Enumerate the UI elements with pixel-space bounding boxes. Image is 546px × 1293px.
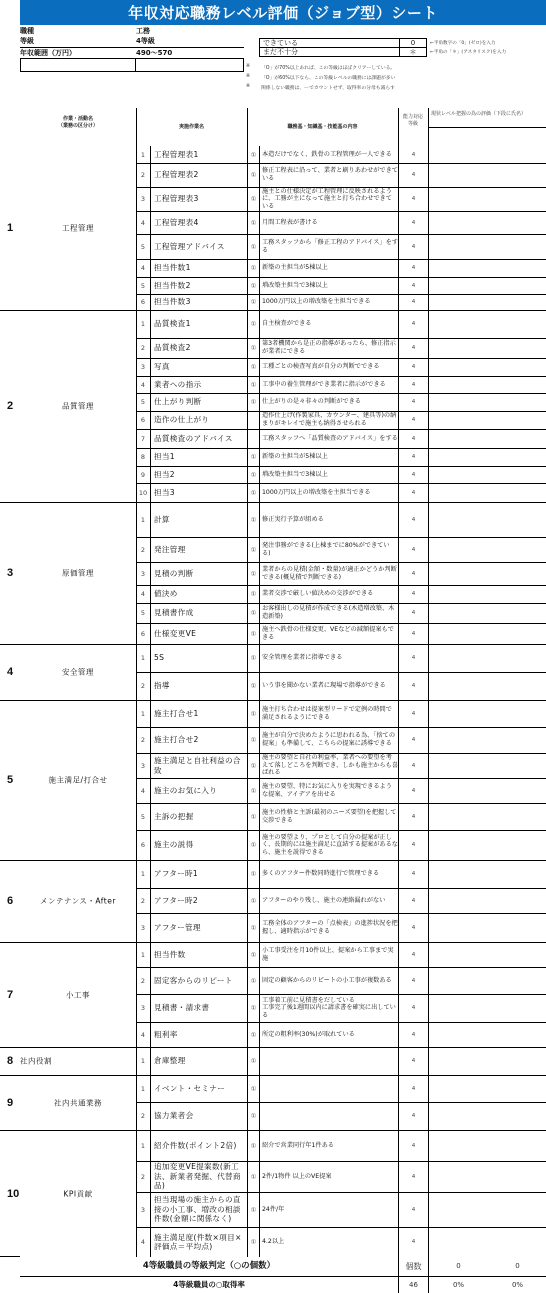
row-number: 3 bbox=[136, 753, 150, 778]
task-content: 業者からの見積(金額・数量)が適正かどうか判断できる(概見積で判断できる) bbox=[259, 562, 398, 585]
task-content: 工務スタッフから「修正工程のアドバイス」をする bbox=[259, 234, 398, 259]
ability-grade: 4 bbox=[398, 1161, 428, 1192]
note-mark: ※ bbox=[246, 74, 250, 79]
note-text: 関係しない職務は、ーでカウントせず、取得率の分母も減らす bbox=[261, 84, 395, 91]
note-mark: ※ bbox=[246, 64, 250, 69]
circle-number-icon: ① bbox=[247, 502, 259, 537]
circle-number-icon: ① bbox=[247, 888, 259, 913]
task-content: 業者交渉で厳しい値決めの交渉ができる bbox=[259, 585, 398, 603]
row-number: 4 bbox=[136, 778, 150, 803]
task-name: 品質検査1 bbox=[150, 310, 247, 338]
circle-number-icon: ① bbox=[247, 294, 259, 310]
task-content: 工種ごとの検査写真が自分の判断でできる bbox=[259, 358, 398, 376]
evaluation-input-1[interactable] bbox=[428, 294, 489, 310]
ability-grade: 4 bbox=[398, 411, 428, 429]
evaluation-input-1[interactable] bbox=[428, 672, 489, 700]
ability-grade: 4 bbox=[398, 585, 428, 603]
evaluation-input-1[interactable] bbox=[428, 1022, 489, 1047]
evaluation-input-2[interactable] bbox=[489, 1075, 546, 1102]
task-content: 施主が自分で決めたように思われる為、「捨ての提案」も準備して、こちらの提案に誘導… bbox=[259, 727, 398, 753]
task-content: 新築の主担当が5棟以上 bbox=[259, 259, 398, 277]
table-row: 3工程管理表3①施主との仕様決定が工程管理に反映されるように、工務が主になって施… bbox=[136, 187, 546, 212]
legend-notyet-mark: ＊ bbox=[399, 47, 427, 57]
category-number: 2 bbox=[7, 400, 13, 412]
circle-number-icon: ① bbox=[247, 483, 259, 502]
category-block: 4安全管理 bbox=[0, 644, 137, 701]
row-number: 10 bbox=[136, 483, 150, 502]
circle-number-icon: ① bbox=[247, 338, 259, 358]
task-content: 2件/1物件 以上のVE提案 bbox=[259, 1161, 398, 1192]
task-name: 見積書作成 bbox=[150, 603, 247, 623]
task-content: 仕上がりの是々非々の判断ができる bbox=[259, 393, 398, 411]
row-number: 3 bbox=[136, 187, 150, 211]
task-content: いう事を聞かない業者に現場で指導ができる bbox=[259, 672, 398, 700]
ability-grade: 4 bbox=[398, 187, 428, 211]
evaluation-input-1[interactable] bbox=[428, 967, 489, 994]
circle-number-icon: ① bbox=[247, 603, 259, 623]
job-type-label: 職種 bbox=[20, 27, 34, 36]
evaluation-input-2[interactable] bbox=[489, 411, 546, 429]
task-name: 業者への指示 bbox=[150, 376, 247, 393]
task-name: 主訴の把握 bbox=[150, 803, 247, 830]
task-content: 自主検査ができる bbox=[259, 310, 398, 338]
ability-grade: 4 bbox=[398, 537, 428, 562]
task-name: 造作の仕上がり bbox=[150, 411, 247, 429]
row-number: 1 bbox=[136, 502, 150, 537]
evaluation-input-2[interactable] bbox=[489, 163, 546, 187]
task-name: 施主満足と自社利益の合致 bbox=[150, 753, 247, 778]
evaluation-input-1[interactable] bbox=[428, 585, 489, 603]
task-name: 見積書・請求書 bbox=[150, 994, 247, 1022]
row-number: 1 bbox=[136, 700, 150, 727]
row-number: 2 bbox=[136, 727, 150, 753]
evaluation-input-1[interactable] bbox=[428, 393, 489, 411]
category-block: 10KPI貢献 bbox=[0, 1130, 137, 1257]
note-text: 「O」が60%以下なら、この等級レベルの職務には課題が多い bbox=[261, 74, 395, 81]
evaluation-input-2[interactable] bbox=[489, 1227, 546, 1257]
evaluation-input-2[interactable] bbox=[489, 994, 546, 1022]
task-content: 施主との仕様決定が工程管理に反映されるように、工務が主になって施主と打ち合わせで… bbox=[259, 187, 398, 211]
ability-grade: 4 bbox=[398, 888, 428, 913]
row-number: 1 bbox=[136, 942, 150, 967]
evaluation-input-2[interactable] bbox=[489, 623, 546, 644]
evaluation-input-1[interactable] bbox=[428, 277, 489, 294]
header-category-cell: 作業・活動名 （業務の区分け） bbox=[0, 108, 137, 146]
evaluation-input-2[interactable] bbox=[489, 644, 546, 672]
table-row: 4値決め①業者交渉で厳しい値決めの交渉ができる4 bbox=[136, 585, 546, 604]
legend-notyet-hint: ←半角の「＊」(アスタリスク)を入力 bbox=[430, 49, 506, 55]
evaluation-input-1[interactable] bbox=[428, 1102, 489, 1130]
evaluation-input-1[interactable] bbox=[428, 888, 489, 913]
header-grade-cell: 能力対応 等級 bbox=[398, 108, 429, 146]
evaluation-input-1[interactable] bbox=[428, 644, 489, 672]
row-number: 1 bbox=[136, 1130, 150, 1161]
evaluation-input-2[interactable] bbox=[489, 187, 546, 211]
evaluation-input-2[interactable] bbox=[489, 700, 546, 727]
task-content: 施主へ鉄骨の仕様変更、VEなどの減額提案もできる bbox=[259, 623, 398, 644]
evaluation-input-1[interactable] bbox=[428, 1192, 489, 1227]
evaluation-input-1[interactable] bbox=[428, 562, 489, 585]
circle-number-icon: ① bbox=[247, 1102, 259, 1130]
evaluation-input-1[interactable] bbox=[428, 700, 489, 727]
task-content: 工務スタッフへ「品質検査のアドバイス」をする bbox=[259, 429, 398, 448]
ability-grade: 4 bbox=[398, 393, 428, 411]
evaluation-input-2[interactable] bbox=[489, 778, 546, 803]
circle-number-icon: ① bbox=[247, 913, 259, 942]
ability-grade: 4 bbox=[398, 358, 428, 376]
evaluation-input-2[interactable] bbox=[489, 429, 546, 448]
task-name: 施主打合せ2 bbox=[150, 727, 247, 753]
circle-number-icon: ① bbox=[247, 393, 259, 411]
circle-number-icon: ① bbox=[247, 448, 259, 466]
evaluation-input-1[interactable] bbox=[428, 830, 489, 860]
row-number: 2 bbox=[136, 163, 150, 187]
evaluation-input-2[interactable] bbox=[489, 585, 546, 603]
evaluation-input-2[interactable] bbox=[489, 1130, 546, 1161]
evaluation-input-2[interactable] bbox=[489, 967, 546, 994]
evaluation-input-2[interactable] bbox=[489, 502, 546, 537]
evaluation-input-1[interactable] bbox=[428, 753, 489, 778]
table-row: 1計算①修正実行予算が組める4 bbox=[136, 502, 546, 538]
evaluation-input-2[interactable] bbox=[489, 562, 546, 585]
ability-grade: 4 bbox=[398, 603, 428, 623]
task-content: 4.2以上 bbox=[259, 1227, 398, 1257]
table-row: 3アフター管理①工務全体のアフターの「点検表」の進捗状況を把握し、適時指示ができ… bbox=[136, 913, 546, 943]
evaluation-input-1[interactable] bbox=[428, 1075, 489, 1102]
task-content: お客様出しの見積が作成できる(木造増改築、木造新築) bbox=[259, 603, 398, 623]
category-name: 原価管理 bbox=[20, 568, 136, 579]
ability-grade: 4 bbox=[398, 1022, 428, 1047]
task-content: 発注事務ができる(上棟までに80%ができている) bbox=[259, 537, 398, 562]
evaluation-input-2[interactable] bbox=[489, 1047, 546, 1075]
category-name: 小工事 bbox=[20, 989, 136, 1000]
row-number: 3 bbox=[136, 913, 150, 942]
evaluation-input-1[interactable] bbox=[428, 411, 489, 429]
task-content: 施主の要望と自社の利益率、業者への要望を考えて落しどころを判断でき、しかも施主か… bbox=[259, 753, 398, 778]
table-row: 4施主満足度(件数×項目×評価点＝平均点)①4.2以上4 bbox=[136, 1227, 546, 1257]
circle-number-icon: ① bbox=[247, 376, 259, 393]
evaluation-input-2[interactable] bbox=[489, 888, 546, 913]
row-number: 2 bbox=[136, 672, 150, 700]
table-row: 6仕様変更VE①施主へ鉄骨の仕様変更、VEなどの減額提案もできる4 bbox=[136, 623, 546, 645]
evaluation-input-2[interactable] bbox=[489, 146, 546, 163]
task-content: 増改築主担当で3棟以上 bbox=[259, 277, 398, 294]
task-name: 発注管理 bbox=[150, 537, 247, 562]
task-name: 施主打合せ1 bbox=[150, 700, 247, 727]
evaluation-input-2[interactable] bbox=[489, 310, 546, 338]
circle-number-icon: ① bbox=[247, 358, 259, 376]
table-row: 4粗利率①所定の粗利率(30%)が取れている4 bbox=[136, 1022, 546, 1048]
count-label: 個数 bbox=[398, 1256, 429, 1276]
divider bbox=[0, 1256, 20, 1257]
task-name: 写真 bbox=[150, 358, 247, 376]
task-name: 見積の判断 bbox=[150, 562, 247, 585]
evaluation-input-2[interactable] bbox=[489, 234, 546, 259]
rate-value-2: 0% bbox=[489, 1276, 546, 1293]
row-number: 5 bbox=[136, 393, 150, 411]
evaluation-input-2[interactable] bbox=[489, 537, 546, 562]
task-content: 造作仕上げ(作製家具、カウンター、建具等)の納まりがキレイで施主も納得させられる bbox=[259, 411, 398, 429]
table-row: 1工程管理表1①本造だけでなく、鉄骨の工程管理が一人できる4 bbox=[136, 146, 546, 164]
task-content: 第3者機関から是正の指導があったら、修正指示が業者にできる bbox=[259, 338, 398, 358]
table-row: 1施主打合せ1①施主打ち合わせは提案型リードで定例の時間で満足されるようにできる… bbox=[136, 700, 546, 728]
evaluation-input-2[interactable] bbox=[489, 376, 546, 393]
circle-number-icon: ① bbox=[247, 803, 259, 830]
evaluation-input-1[interactable] bbox=[428, 466, 489, 483]
evaluation-input-1[interactable] bbox=[428, 211, 489, 234]
table-row: 8担当1①新築の主担当が5棟以上4 bbox=[136, 448, 546, 467]
row-number: 2 bbox=[136, 1102, 150, 1130]
circle-number-icon: ① bbox=[247, 310, 259, 338]
task-name: 担当現場の施主からの直接の小工事、増改の相談件数(金額に関係なく) bbox=[150, 1192, 247, 1227]
task-name: 仕様変更VE bbox=[150, 623, 247, 644]
circle-number-icon: ① bbox=[247, 163, 259, 187]
evaluation-input-2[interactable] bbox=[489, 277, 546, 294]
task-content: 施主打ち合わせは提案型リードで定例の時間で満足されるようにできる bbox=[259, 700, 398, 727]
table-row: 1紹介件数(ポイント2倍)①紹介で営業同行年1件ある4 bbox=[136, 1130, 546, 1162]
evaluation-input-1[interactable] bbox=[428, 358, 489, 376]
task-name: イベント・セミナー bbox=[150, 1075, 247, 1102]
ability-grade: 4 bbox=[398, 234, 428, 259]
table-row: 1担当件数①小工事受注を月10件以上、提案から工事まで実施4 bbox=[136, 942, 546, 968]
row-number: 4 bbox=[136, 211, 150, 234]
ability-grade: 4 bbox=[398, 778, 428, 803]
task-name: 仕上がり判断 bbox=[150, 393, 247, 411]
evaluation-input-2[interactable] bbox=[489, 1102, 546, 1130]
category-number: 5 bbox=[7, 774, 13, 786]
grade-value: 4等級 bbox=[136, 37, 155, 46]
task-content: 施主の性格と主訴(最初のニーズ要望)を把握して交渉できる bbox=[259, 803, 398, 830]
count-value-2: 0 bbox=[489, 1256, 546, 1276]
ability-grade: 4 bbox=[398, 338, 428, 358]
category-number: 4 bbox=[7, 666, 13, 678]
evaluation-input-1[interactable] bbox=[428, 860, 489, 888]
evaluation-input-2[interactable] bbox=[489, 913, 546, 942]
evaluation-input-1[interactable] bbox=[428, 1130, 489, 1161]
ability-grade: 4 bbox=[398, 830, 428, 860]
table-row: 4担当件数1①新築の主担当が5棟以上4 bbox=[136, 259, 546, 278]
rate-label: 4等級職員の○取得率 bbox=[20, 1279, 398, 1290]
evaluation-input-2[interactable] bbox=[489, 338, 546, 358]
table-row: 2品質検査2①第3者機関から是正の指導があったら、修正指示が業者にできる4 bbox=[136, 338, 546, 359]
category-number: 7 bbox=[7, 989, 13, 1001]
evaluation-input-1[interactable] bbox=[428, 1227, 489, 1257]
table-row: 5仕上がり判断①仕上がりの是々非々の判断ができる4 bbox=[136, 393, 546, 412]
table-row: 2アフター時2①アフターのやり残し、施主の連絡漏れがない4 bbox=[136, 888, 546, 914]
task-content bbox=[259, 1075, 398, 1102]
table-row: 2指導①いう事を聞かない業者に現場で指導ができる4 bbox=[136, 672, 546, 701]
evaluation-input-1[interactable] bbox=[428, 429, 489, 448]
row-number: 4 bbox=[136, 376, 150, 393]
task-content: 修正工程表に沿って、業者と刷りあわせができている bbox=[259, 163, 398, 187]
evaluation-input-1[interactable] bbox=[428, 259, 489, 277]
table-row: 1品質検査1①自主検査ができる4 bbox=[136, 310, 546, 339]
circle-number-icon: ① bbox=[247, 778, 259, 803]
task-content: 工事中の養生管理ができ業者に指示ができる bbox=[259, 376, 398, 393]
task-name: 追加変更VE提案数(新工法、新業者発掘、代替商品) bbox=[150, 1161, 247, 1192]
circle-number-icon: ① bbox=[247, 860, 259, 888]
evaluation-input-1[interactable] bbox=[428, 448, 489, 466]
evaluation-input-2[interactable] bbox=[489, 483, 546, 502]
task-content: 施主の要望、特にお気に入りを実現できるような提案、アイデアを出せる bbox=[259, 778, 398, 803]
evaluation-input-2[interactable] bbox=[489, 211, 546, 234]
evaluation-input-1[interactable] bbox=[428, 483, 489, 502]
evaluation-input-2[interactable] bbox=[489, 1161, 546, 1192]
category-name: 品質管理 bbox=[20, 401, 136, 412]
evaluation-input-2[interactable] bbox=[489, 1192, 546, 1227]
row-number: 9 bbox=[136, 466, 150, 483]
task-content bbox=[259, 1102, 398, 1130]
task-name: 施主のお気に入り bbox=[150, 778, 247, 803]
ability-grade: 4 bbox=[398, 562, 428, 585]
task-name: 計算 bbox=[150, 502, 247, 537]
table-row: 2固定客からのリピート①固定の顧客からのリピートの小工事が複数ある4 bbox=[136, 967, 546, 995]
task-name: 担当件数2 bbox=[150, 277, 247, 294]
evaluation-input-2[interactable] bbox=[489, 294, 546, 310]
evaluation-input-1[interactable] bbox=[428, 994, 489, 1022]
circle-number-icon: ① bbox=[247, 537, 259, 562]
evaluation-input-2[interactable] bbox=[489, 942, 546, 967]
circle-number-icon: ① bbox=[247, 942, 259, 967]
circle-number-icon: ① bbox=[247, 562, 259, 585]
task-name: 担当2 bbox=[150, 466, 247, 483]
evaluation-input-1[interactable] bbox=[428, 727, 489, 753]
task-name: 倉庫整理 bbox=[150, 1047, 247, 1075]
circle-number-icon: ① bbox=[247, 727, 259, 753]
task-content: 工事着工前に見積書をだしている 工事完了後1週間以内に請求書を確実に出している bbox=[259, 994, 398, 1022]
evaluation-input-2[interactable] bbox=[489, 753, 546, 778]
task-content: 工務全体のアフターの「点検表」の進捗状況を把握し、適時指示ができる bbox=[259, 913, 398, 942]
table-row: 15S①安全管理を業者に指導できる4 bbox=[136, 644, 546, 673]
evaluation-input-2[interactable] bbox=[489, 830, 546, 860]
ability-grade: 4 bbox=[398, 448, 428, 466]
evaluation-input-2[interactable] bbox=[489, 860, 546, 888]
evaluation-input-1[interactable] bbox=[428, 913, 489, 942]
evaluation-input-2[interactable] bbox=[489, 1022, 546, 1047]
ability-grade: 4 bbox=[398, 483, 428, 502]
rate-value-1: 0% bbox=[428, 1276, 489, 1293]
task-content: 所定の粗利率(30%)が取れている bbox=[259, 1022, 398, 1047]
evaluation-input-2[interactable] bbox=[489, 466, 546, 483]
table-row: 5見積書作成①お客様出しの見積が作成できる(木造増改築、木造新築)4 bbox=[136, 603, 546, 624]
evaluation-input-1[interactable] bbox=[428, 623, 489, 644]
blank-field-left[interactable] bbox=[20, 58, 136, 72]
evaluation-input-1[interactable] bbox=[428, 338, 489, 358]
evaluation-input-1[interactable] bbox=[428, 942, 489, 967]
table-row: 10担当3①1000万円以上の増改築を主担当できる4 bbox=[136, 483, 546, 503]
evaluation-input-1[interactable] bbox=[428, 1047, 489, 1075]
evaluation-input-2[interactable] bbox=[489, 448, 546, 466]
header-category: 作業・活動名 （業務の区分け） bbox=[20, 116, 136, 130]
note-mark: ※ bbox=[246, 84, 250, 89]
task-name: アフター時1 bbox=[150, 860, 247, 888]
ability-grade: 4 bbox=[398, 1075, 428, 1102]
row-number: 3 bbox=[136, 1192, 150, 1227]
ability-grade: 4 bbox=[398, 310, 428, 338]
row-number: 3 bbox=[136, 562, 150, 585]
row-number: 5 bbox=[136, 803, 150, 830]
task-name: アフター時2 bbox=[150, 888, 247, 913]
evaluation-input-1[interactable] bbox=[428, 603, 489, 623]
table-row: 1イベント・セミナー①4 bbox=[136, 1075, 546, 1103]
evaluation-input-1[interactable] bbox=[428, 778, 489, 803]
table-row: 5主訴の把握①施主の性格と主訴(最初のニーズ要望)を把握して交渉できる4 bbox=[136, 803, 546, 831]
count-value-1: 0 bbox=[428, 1256, 489, 1276]
row-number: 1 bbox=[136, 310, 150, 338]
circle-number-icon bbox=[247, 429, 259, 448]
evaluation-input-1[interactable] bbox=[428, 537, 489, 562]
category-block: 6メンテナンス・After bbox=[0, 860, 137, 943]
evaluation-input-1[interactable] bbox=[428, 146, 489, 163]
table-row: 9担当2①増改築主担当で3棟以上4 bbox=[136, 466, 546, 484]
ability-grade: 4 bbox=[398, 700, 428, 727]
task-name: アフター管理 bbox=[150, 913, 247, 942]
evaluation-input-1[interactable] bbox=[428, 376, 489, 393]
row-number: 7 bbox=[136, 429, 150, 448]
row-number: 5 bbox=[136, 234, 150, 259]
task-content: 安全管理を業者に指導できる bbox=[259, 644, 398, 672]
blank-field-right[interactable] bbox=[135, 58, 244, 72]
table-row: 2工程管理表2①修正工程表に沿って、業者と刷りあわせができている4 bbox=[136, 163, 546, 188]
ability-grade: 4 bbox=[398, 644, 428, 672]
evaluation-input-1[interactable] bbox=[428, 163, 489, 187]
circle-number-icon: ① bbox=[247, 211, 259, 234]
row-number: 6 bbox=[136, 411, 150, 429]
task-content: 施主の要望より、プロとして自分の提案が正しく、長期的には施主満足に直結する提案が… bbox=[259, 830, 398, 860]
circle-number-icon: ① bbox=[247, 1161, 259, 1192]
circle-number-icon: ① bbox=[247, 466, 259, 483]
evaluation-input-1[interactable] bbox=[428, 187, 489, 211]
task-name: 紹介件数(ポイント2倍) bbox=[150, 1130, 247, 1161]
circle-number-icon: ① bbox=[247, 187, 259, 211]
header-task-cell: 実施作業名 bbox=[136, 108, 248, 146]
evaluation-input-1[interactable] bbox=[428, 1161, 489, 1192]
task-name: 工程管理表2 bbox=[150, 163, 247, 187]
table-row: 3見積の判断①業者からの見積(金額・数量)が適正かどうか判断できる(概見積で判断… bbox=[136, 562, 546, 586]
evaluation-input-2[interactable] bbox=[489, 603, 546, 623]
evaluation-input-1[interactable] bbox=[428, 803, 489, 830]
category-block: 8社内役割 bbox=[0, 1047, 137, 1076]
evaluation-input-2[interactable] bbox=[489, 727, 546, 753]
circle-number-icon: ① bbox=[247, 994, 259, 1022]
evaluation-input-1[interactable] bbox=[428, 502, 489, 537]
evaluation-input-2[interactable] bbox=[489, 393, 546, 411]
header-content-cell: 職務基・知識基・技能基の内容 bbox=[247, 108, 399, 146]
evaluation-input-2[interactable] bbox=[489, 358, 546, 376]
table-row: 5担当件数2①増改築主担当で3棟以上4 bbox=[136, 277, 546, 295]
circle-number-icon: ① bbox=[247, 1047, 259, 1075]
evaluation-input-2[interactable] bbox=[489, 259, 546, 277]
table-row: 4業者への指示①工事中の養生管理ができ業者に指示ができる4 bbox=[136, 376, 546, 394]
ability-grade: 4 bbox=[398, 672, 428, 700]
task-content: 月間工程表が書ける bbox=[259, 211, 398, 234]
evaluation-input-2[interactable] bbox=[489, 803, 546, 830]
row-number: 2 bbox=[136, 888, 150, 913]
ability-grade: 4 bbox=[398, 967, 428, 994]
ability-grade: 4 bbox=[398, 1102, 428, 1130]
evaluation-input-1[interactable] bbox=[428, 310, 489, 338]
row-number: 1 bbox=[136, 1075, 150, 1102]
table-row: 1倉庫整理①4 bbox=[136, 1047, 546, 1076]
circle-number-icon: ① bbox=[247, 585, 259, 603]
evaluation-input-2[interactable] bbox=[489, 672, 546, 700]
evaluation-input-1[interactable] bbox=[428, 234, 489, 259]
task-name: 工程管理表3 bbox=[150, 187, 247, 211]
salary-range-value: 490～570 bbox=[136, 49, 172, 58]
sheet-title: 年収対応職務レベル評価（ジョブ型）シート bbox=[20, 0, 546, 25]
row-number: 2 bbox=[136, 338, 150, 358]
ability-grade: 4 bbox=[398, 1192, 428, 1227]
